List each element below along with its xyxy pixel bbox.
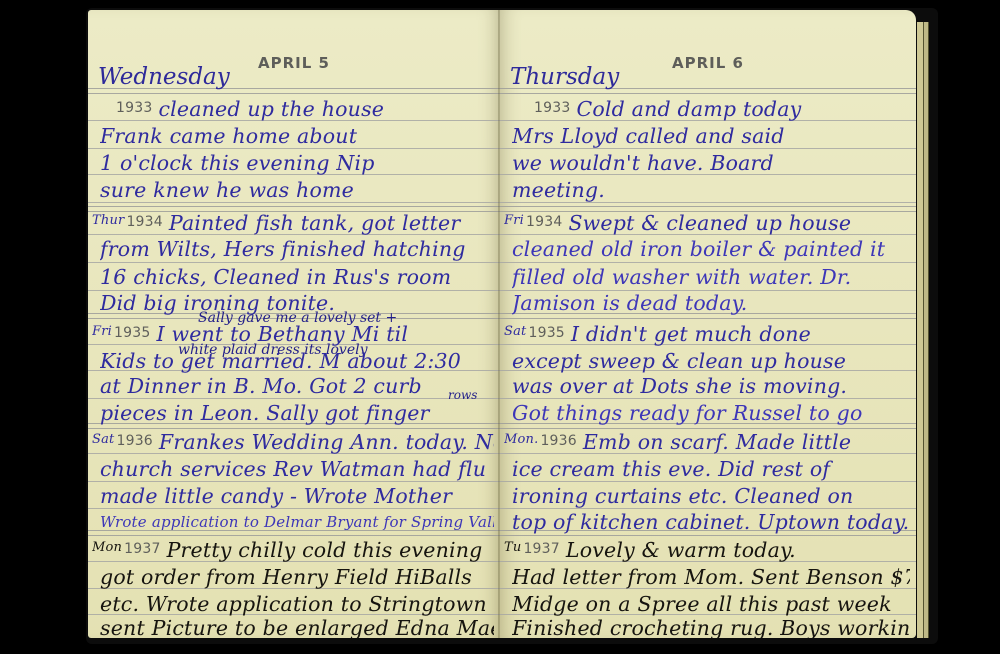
weekday-tag: Fri [504, 213, 524, 228]
weekday-tag: Sat [504, 324, 526, 339]
entry-line: Sat1936Frankes Wedding Ann. today. No [92, 428, 494, 454]
weekday-tag: Thur [92, 213, 124, 228]
entry-line: Mon1937Pretty chilly cold this evening [92, 536, 494, 562]
weekday-tag: Fri [92, 324, 112, 339]
margin-note: rows [448, 388, 477, 402]
entry-line: Finished crocheting rug. Boys working [512, 616, 910, 638]
entry-line: 1933Cold and damp today [534, 96, 910, 121]
right-page: APRIL 6 Thursday 1933Cold and damp today… [500, 10, 916, 638]
entry-line: church services Rev Watman had flu [100, 457, 494, 481]
year-label: 1936 [116, 433, 152, 449]
year-label: 1936 [540, 433, 576, 449]
weekday-tag: Mon. [504, 432, 538, 447]
year-label: 1937 [523, 541, 559, 557]
year-label: 1937 [124, 541, 160, 557]
entry-line: sure knew he was home [100, 178, 494, 202]
entry-line: filled old washer with water. Dr. [512, 265, 910, 289]
entry-line: Tu1937Lovely & warm today. [504, 536, 910, 562]
entry-line: ironing curtains etc. Cleaned on [512, 484, 910, 508]
entry-line: etc. Wrote application to Stringtown [100, 592, 494, 616]
entry-line: 16 chicks, Cleaned in Rus's room [100, 265, 494, 289]
entry-line: was over at Dots she is moving. [512, 374, 910, 398]
year-label: 1933 [534, 100, 570, 116]
weekday-tag: Sat [92, 432, 114, 447]
year-label: 1934 [526, 214, 562, 230]
entry-line: we wouldn't have. Board [512, 151, 910, 175]
entry-line: meeting. [512, 178, 910, 202]
weekday-label: Thursday [510, 64, 619, 90]
left-page: APRIL 5 Wednesday 1933cleaned up the hou… [88, 10, 500, 638]
entry-line: Wrote application to Delmar Bryant for S… [100, 510, 494, 534]
entry-line: ice cream this eve. Did rest of [512, 457, 910, 481]
entry-line: Sat1935I didn't get much done [504, 320, 910, 346]
entry-line: Mrs Lloyd called and said [512, 124, 910, 148]
entry-line: Frank came home about [100, 124, 494, 148]
weekday-label: Wednesday [98, 64, 230, 90]
entry-line: except sweep & clean up house [512, 349, 910, 373]
entry-line: Jamison is dead today. [512, 291, 910, 315]
entry-line: Thur1934Painted fish tank, got letter [92, 209, 494, 235]
weekday-tag: Mon [92, 540, 122, 555]
page-edge [917, 22, 924, 638]
entry-line: made little candy - Wrote Mother [100, 484, 494, 508]
entry-line: cleaned old iron boiler & painted it [512, 237, 910, 261]
entry-line: Fri1934Swept & cleaned up house [504, 209, 910, 235]
weekday-tag: Tu [504, 540, 521, 555]
entry-line: top of kitchen cabinet. Uptown today. [512, 510, 910, 534]
entry-line: Got things ready for Russel to go [512, 401, 910, 425]
year-label: 1934 [126, 214, 162, 230]
year-label: 1935 [114, 325, 150, 341]
entry-line: Kids to get married. M about 2:30 [100, 349, 494, 373]
entry-line: at Dinner in B. Mo. Got 2 curb [100, 374, 494, 398]
entry-line: Had letter from Mom. Sent Benson $7.00 [512, 565, 910, 589]
year-label: 1935 [528, 325, 564, 341]
entry-line: sent Picture to be enlarged Edna Mae [100, 616, 494, 638]
entry-line: Midge on a Spree all this past week [512, 592, 910, 616]
entry-line: pieces in Leon. Sally got finger [100, 401, 494, 425]
entry-line: from Wilts, Hers finished hatching [100, 237, 494, 261]
entry-line: 1 o'clock this evening Nip [100, 151, 494, 175]
entry-line: Mon.1936Emb on scarf. Made little [504, 428, 910, 454]
diary-book: APRIL 5 Wednesday 1933cleaned up the hou… [86, 8, 938, 644]
entry-line: got order from Henry Field HiBalls [100, 565, 494, 589]
page-edge [924, 22, 929, 638]
entry-line: 1933cleaned up the house [116, 96, 494, 121]
year-label: 1933 [116, 100, 152, 116]
